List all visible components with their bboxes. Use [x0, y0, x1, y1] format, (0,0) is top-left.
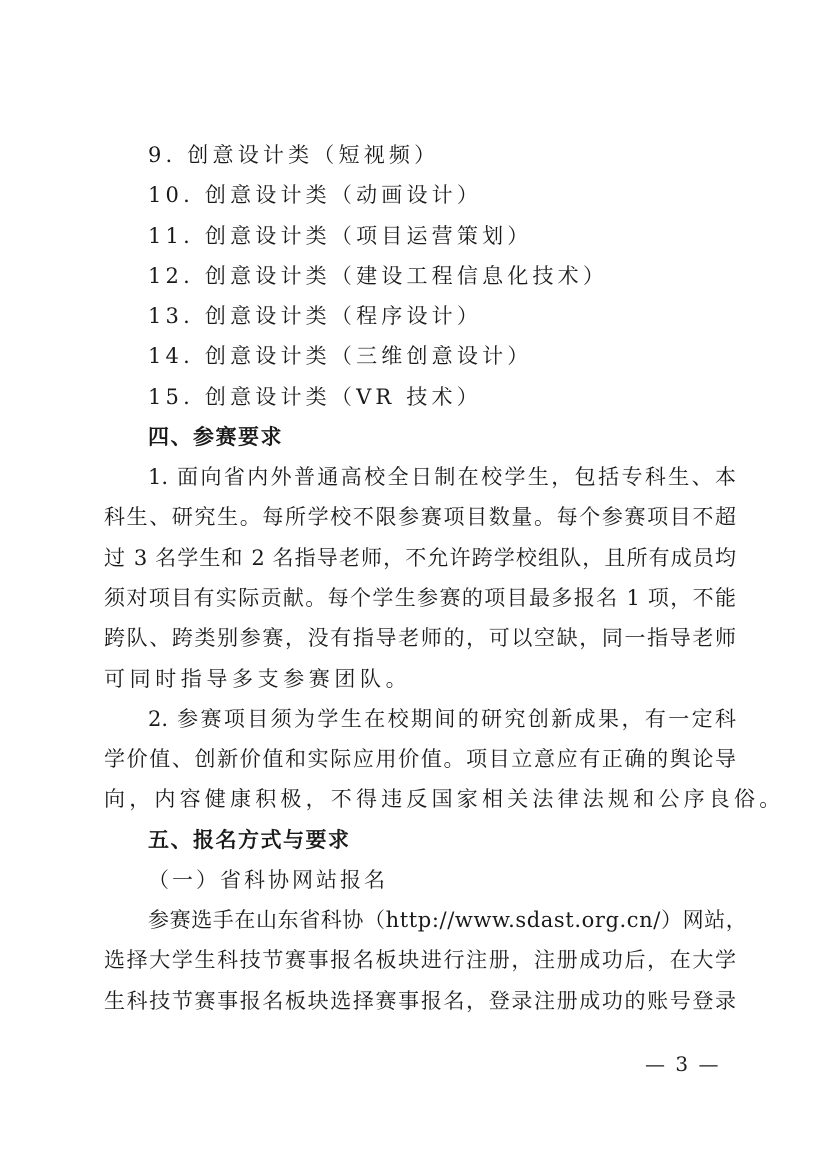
- paragraph-line: 参赛选手在山东省科协（http://www.sdast.org.cn/）网站，: [148, 906, 736, 934]
- section-heading-requirements: 四、参赛要求: [148, 423, 780, 451]
- list-item: 10. 创意设计类（动画设计）: [148, 181, 780, 209]
- list-item: 15. 创意设计类（VR 技术）: [148, 383, 780, 411]
- page-number: — 3 —: [645, 1052, 720, 1076]
- paragraph-line: 学价值、创新价值和实际应用价值。项目立意应有正确的舆论导: [104, 745, 736, 773]
- paragraph-line: 科生、研究生。每所学校不限参赛项目数量。每个参赛项目不超: [104, 503, 736, 531]
- paragraph-line: 选择大学生科技节赛事报名板块进行注册，注册成功后，在大学: [104, 946, 736, 974]
- paragraph-line: 跨队、跨类别参赛，没有指导老师的，可以空缺，同一指导老师: [104, 624, 736, 652]
- subsection-heading: （一）省科协网站报名: [148, 866, 780, 894]
- paragraph-line: 向，内容健康积极，不得违反国家相关法律法规和公序良俗。: [104, 785, 736, 813]
- paragraph-line: 生科技节赛事报名板块选择赛事报名，登录注册成功的账号登录: [104, 987, 736, 1015]
- list-item: 13. 创意设计类（程序设计）: [148, 302, 780, 330]
- list-item: 14. 创意设计类（三维创意设计）: [148, 342, 780, 370]
- list-item: 9. 创意设计类（短视频）: [148, 141, 780, 169]
- paragraph-line: 过 3 名学生和 2 名指导老师，不允许跨学校组队，且所有成员均: [104, 544, 736, 572]
- paragraph-line: 1. 面向省内外普通高校全日制在校学生，包括专科生、本: [148, 463, 736, 491]
- document-page: 9. 创意设计类（短视频） 10. 创意设计类（动画设计） 11. 创意设计类（…: [0, 0, 831, 1170]
- paragraph-line: 可同时指导多支参赛团队。: [104, 665, 736, 693]
- list-item: 11. 创意设计类（项目运营策划）: [148, 222, 780, 250]
- section-heading-registration: 五、报名方式与要求: [148, 826, 780, 854]
- paragraph-line: 须对项目有实际贡献。每个学生参赛的项目最多报名 1 项，不能: [104, 584, 736, 612]
- paragraph-line: 2. 参赛项目须为学生在校期间的研究创新成果，有一定科: [148, 705, 736, 733]
- list-item: 12. 创意设计类（建设工程信息化技术）: [148, 262, 780, 290]
